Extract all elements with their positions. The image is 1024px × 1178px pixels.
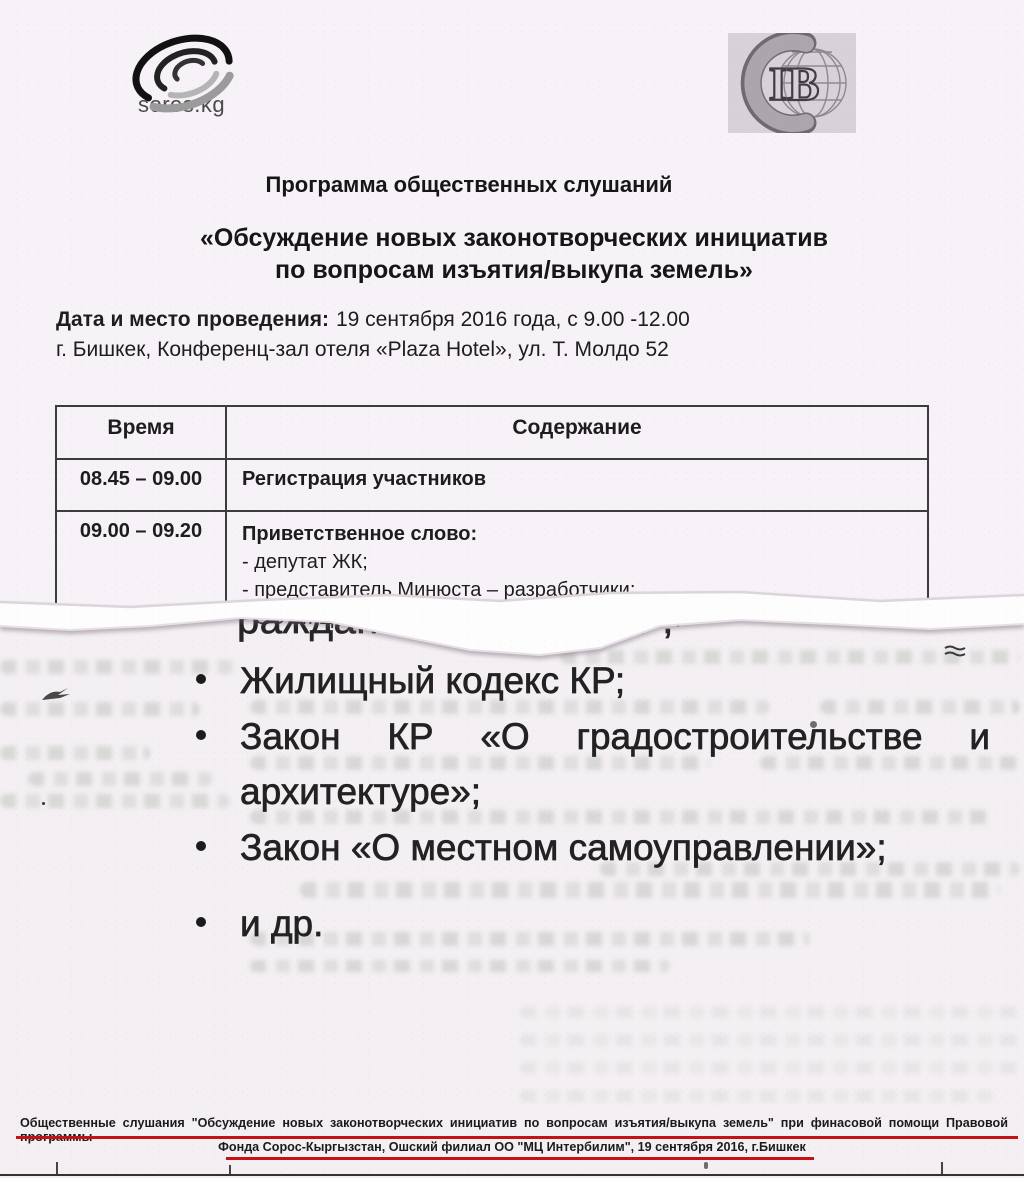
row-content-title: Приветственное слово: [242, 520, 917, 548]
table-row: 08.45 – 09.00 Регистрация участников [57, 460, 927, 512]
torn-edge [0, 585, 1024, 670]
monogram-text: IB [769, 58, 820, 111]
next-page-table-tick [229, 1165, 231, 1174]
scanned-document-page: soros.kg IB Программа общественных слуша… [0, 0, 1024, 1178]
row-content-line: - депутат ЖК; [242, 548, 917, 576]
bullet-dot-icon [196, 674, 206, 684]
bleed-through-text [250, 960, 670, 972]
footer-credit-line2: Фонда Сорос-Кыргызстан, Ошский филиал ОО… [0, 1140, 1024, 1154]
next-page-table-edge [0, 1174, 1024, 1176]
swirl-icon [128, 22, 248, 122]
document-title: Программа общественных слушаний [0, 172, 938, 198]
bleed-through-text [520, 1006, 1020, 1018]
speck [810, 721, 817, 728]
bleed-through-text [250, 700, 770, 714]
bleed-through-text [0, 794, 230, 808]
document-subtitle-line2: по вопросам изъятия/выкупа земель» [54, 256, 974, 285]
next-page-table-tick [941, 1162, 943, 1174]
bleed-through-text [820, 700, 1020, 714]
law-bullet-item-continuation: архитектуре»; [240, 771, 481, 813]
bleed-through-text [250, 932, 810, 946]
speck [704, 1162, 708, 1169]
date-value: 19 сентября 2016 года, с 9.00 -12.00 [336, 308, 690, 331]
law-bullet-item: и др. [240, 903, 323, 945]
schedule-table: Время Содержание 08.45 – 09.00 Регистрац… [55, 405, 929, 613]
law-bullet-item: Закон КР «О градостроительстве и [240, 716, 990, 758]
bleed-through-text [760, 756, 1020, 770]
footer-underline [16, 1136, 1018, 1139]
col-header-content: Содержание [227, 416, 927, 440]
table-column-divider [225, 407, 227, 613]
bleed-through-text [520, 1062, 1020, 1074]
row-time: 08.45 – 09.00 [57, 468, 225, 491]
row-content-title: Регистрация участников [242, 468, 486, 490]
bullet-dot-icon [196, 730, 206, 740]
next-page-table-tick [56, 1162, 58, 1174]
bullet-dot-icon [196, 917, 206, 927]
table-header-row: Время Содержание [57, 407, 927, 460]
ink-smudge [40, 682, 74, 706]
bleed-through-text [520, 1090, 1000, 1102]
venue-line: г. Бишкек, Конференц-зал отеля «Plaza Ho… [56, 338, 669, 362]
law-bullet-item: Закон «О местном самоуправлении»; [240, 827, 887, 869]
bleed-through-text [300, 882, 1000, 898]
date-label: Дата и место проведения: [56, 308, 329, 331]
interbilim-logo: IB [728, 33, 856, 133]
bullet-dot-icon [196, 841, 206, 851]
document-subtitle-line1: «Обсуждение новых законотворческих иници… [54, 224, 974, 253]
bleed-through-text [0, 746, 150, 760]
bleed-through-text [0, 702, 200, 716]
speck [42, 802, 45, 805]
col-header-time: Время [57, 416, 225, 440]
bleed-through-text [520, 1034, 1020, 1046]
bleed-through-text [250, 756, 710, 770]
footer-underline [226, 1157, 814, 1160]
date-line: Дата и место проведения:19 сентября 2016… [56, 308, 690, 332]
row-content: Регистрация участников [242, 468, 917, 491]
bleed-through-text [28, 772, 213, 786]
row-time: 09.00 – 09.20 [57, 520, 225, 543]
